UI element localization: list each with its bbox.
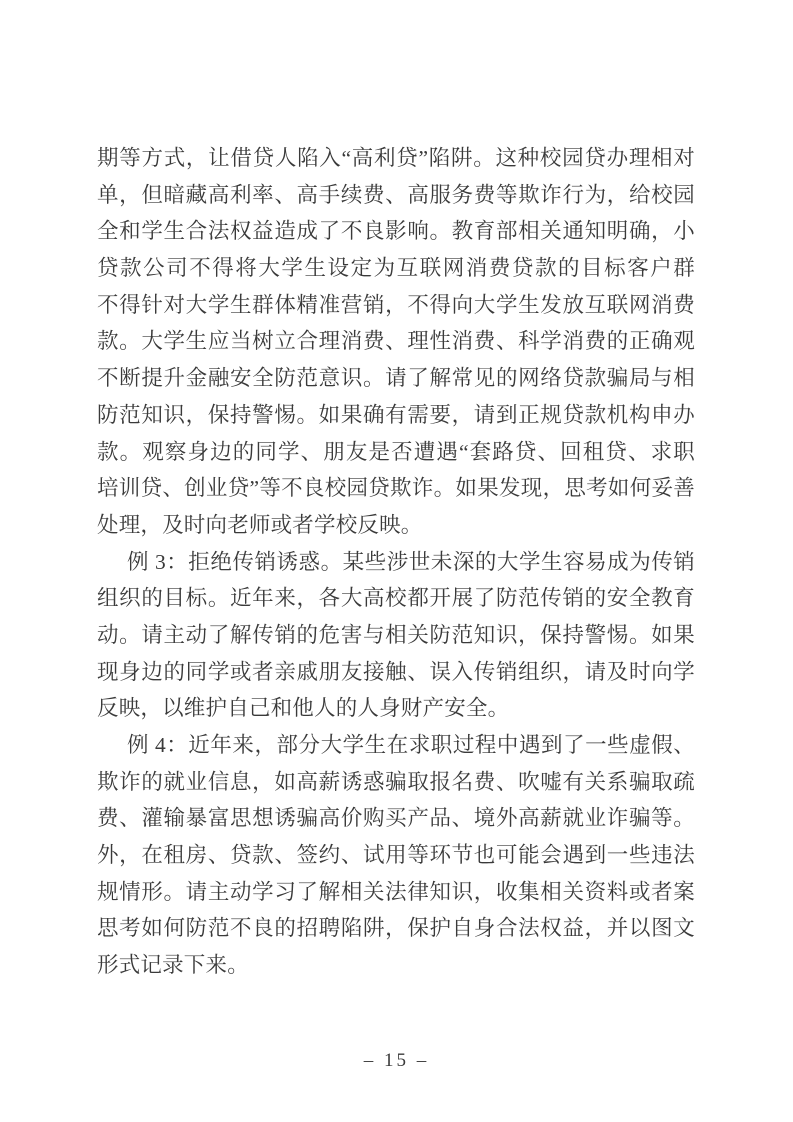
text-line: 防范知识，保持警惕。如果确有需要，请到正规贷款机构申办贷 xyxy=(97,397,695,434)
text-line: 不断提升金融安全防范意识。请了解常见的网络贷款骗局与相关 xyxy=(97,360,695,397)
text-line: 例 3：拒绝传销诱惑。某些涉世未深的大学生容易成为传销 xyxy=(97,544,695,581)
text-line: 单，但暗藏高利率、高手续费、高服务费等欺诈行为，给校园安 xyxy=(97,177,695,214)
text-line: 不得针对大学生群体精准营销，不得向大学生发放互联网消费贷 xyxy=(97,287,695,324)
text-line: 反映，以维护自己和他人的人身财产安全。 xyxy=(97,690,695,727)
text-line: 费、灌输暴富思想诱骗高价购买产品、境外高薪就业诈骗等。此 xyxy=(97,800,695,837)
paragraph: 例 4：近年来，部分大学生在求职过程中遇到了一些虚假、欺诈的就业信息，如高薪诱惑… xyxy=(97,727,695,984)
text-line: 欺诈的就业信息，如高薪诱惑骗取报名费、吹嘘有关系骗取疏通 xyxy=(97,764,695,801)
text-line: 例 4：近年来，部分大学生在求职过程中遇到了一些虚假、 xyxy=(97,727,695,764)
text-line: 处理，及时向老师或者学校反映。 xyxy=(97,507,695,544)
text-line: 思考如何防范不良的招聘陷阱，保护自身合法权益，并以图文等 xyxy=(97,910,695,947)
text-line: 贷款公司不得将大学生设定为互联网消费贷款的目标客户群体， xyxy=(97,250,695,287)
text-line: 形式记录下来。 xyxy=(97,947,695,984)
text-line: 款。大学生应当树立合理消费、理性消费、科学消费的正确观念， xyxy=(97,323,695,360)
paragraph: 例 3：拒绝传销诱惑。某些涉世未深的大学生容易成为传销组织的目标。近年来，各大高… xyxy=(97,544,695,727)
text-line: 规情形。请主动学习了解相关法律知识，收集相关资料或者案例， xyxy=(97,874,695,911)
text-line: 全和学生合法权益造成了不良影响。教育部相关通知明确，小额 xyxy=(97,213,695,250)
text-line: 外，在租房、贷款、签约、试用等环节也可能会遇到一些违法违 xyxy=(97,837,695,874)
page-number: – 15 – xyxy=(0,1050,793,1072)
text-line: 动。请主动了解传销的危害与相关防范知识，保持警惕。如果发 xyxy=(97,617,695,654)
body-text: 期等方式，让借贷人陷入“高利贷”陷阱。这种校园贷办理相对简单，但暗藏高利率、高手… xyxy=(97,140,695,984)
text-line: 现身边的同学或者亲戚朋友接触、误入传销组织，请及时向学校 xyxy=(97,654,695,691)
paragraph: 期等方式，让借贷人陷入“高利贷”陷阱。这种校园贷办理相对简单，但暗藏高利率、高手… xyxy=(97,140,695,544)
document-page: 期等方式，让借贷人陷入“高利贷”陷阱。这种校园贷办理相对简单，但暗藏高利率、高手… xyxy=(0,0,793,1122)
text-line: 期等方式，让借贷人陷入“高利贷”陷阱。这种校园贷办理相对简 xyxy=(97,140,695,177)
text-line: 款。观察身边的同学、朋友是否遭遇“套路贷、回租贷、求职贷、 xyxy=(97,434,695,471)
text-line: 培训贷、创业贷”等不良校园贷欺诈。如果发现，思考如何妥善 xyxy=(97,470,695,507)
text-line: 组织的目标。近年来，各大高校都开展了防范传销的安全教育活 xyxy=(97,580,695,617)
